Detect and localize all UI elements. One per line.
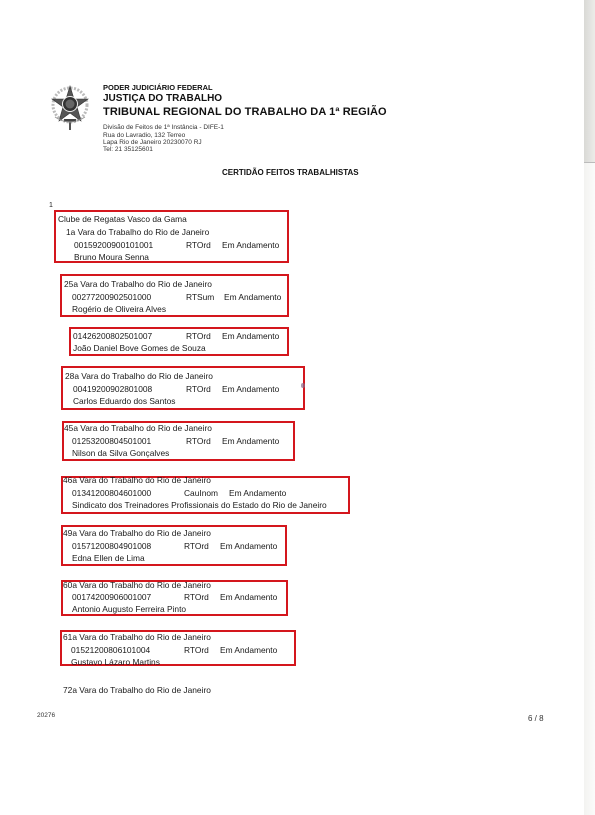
footer-code: 20276: [37, 712, 55, 719]
brazil-coat-of-arms-icon: [49, 83, 91, 135]
process-type: RTOrd: [186, 384, 211, 394]
process-status: Em Andamento: [222, 384, 279, 394]
process-status: Em Andamento: [222, 240, 279, 250]
claimant-name: Antonio Augusto Ferreira Pinto: [72, 604, 186, 614]
process-type: CauInom: [184, 488, 218, 498]
process-number: 00174200906001007: [72, 592, 151, 602]
process-type: RTSum: [186, 292, 214, 302]
court-name: 25a Vara do Trabalho do Rio de Janeiro: [64, 279, 212, 289]
process-number: 01571200804901008: [72, 541, 151, 551]
process-status: Em Andamento: [222, 331, 279, 341]
certificate-page: PODER JUDICIÁRIO FEDERAL JUSTIÇA DO TRAB…: [0, 0, 595, 815]
claimant-name: Sindicato dos Treinadores Profissionais …: [72, 500, 327, 510]
address-city: Lapa Rio de Janeiro 20230070 RJ: [103, 139, 202, 146]
claimant-name: Gustavo Lázaro Martins: [71, 657, 160, 667]
court-name: 60a Vara do Trabalho do Rio de Janeiro: [63, 580, 211, 590]
process-type: RTOrd: [184, 645, 209, 655]
process-number: 01341200804601000: [72, 488, 151, 498]
court-name: 1a Vara do Trabalho do Rio de Janeiro: [66, 227, 209, 237]
process-number: 01521200806101004: [71, 645, 150, 655]
address-phone: Tel: 21 35125601: [103, 146, 153, 153]
claimant-name: Carlos Eduardo dos Santos: [73, 396, 175, 406]
process-status: Em Andamento: [220, 541, 277, 551]
item-number: 1: [49, 202, 53, 209]
court-name: 45a Vara do Trabalho do Rio de Janeiro: [64, 423, 212, 433]
process-status: Em Andamento: [220, 645, 277, 655]
court-name: 46a Vara do Trabalho do Rio de Janeiro: [63, 475, 211, 485]
scan-edge-shadow: [584, 0, 595, 163]
process-type: RTOrd: [186, 436, 211, 446]
process-type: RTOrd: [184, 592, 209, 602]
claimant-name: Edna Ellen de Lima: [72, 553, 145, 563]
document-title: CERTIDÃO FEITOS TRABALHISTAS: [222, 168, 359, 177]
claimant-name: Bruno Moura Senna: [74, 252, 149, 262]
claimant-name: Nilson da Silva Gonçalves: [72, 448, 169, 458]
process-type: RTOrd: [184, 541, 209, 551]
claimant-name: Rogério de Oliveira Alves: [72, 304, 166, 314]
process-type: RTOrd: [186, 331, 211, 341]
header-judiciary: PODER JUDICIÁRIO FEDERAL: [103, 83, 213, 92]
process-number: 00159200900101001: [74, 240, 153, 250]
process-type: RTOrd: [186, 240, 211, 250]
scan-edge-line: [584, 162, 595, 163]
court-name: 28a Vara do Trabalho do Rio de Janeiro: [65, 371, 213, 381]
process-status: Em Andamento: [222, 436, 279, 446]
court-name: 61a Vara do Trabalho do Rio de Janeiro: [63, 632, 211, 642]
process-status: Em Andamento: [224, 292, 281, 302]
process-number: 00277200902501000: [72, 292, 151, 302]
page-number: 6 / 8: [528, 714, 544, 723]
court-name-trailing: 72a Vara do Trabalho do Rio de Janeiro: [63, 685, 211, 695]
process-number: 00419200902801008: [73, 384, 152, 394]
scan-mark: [301, 383, 305, 388]
claimant-name: João Daniel Bove Gomes de Souza: [73, 343, 206, 353]
process-status: Em Andamento: [220, 592, 277, 602]
address-division: Divisão de Feitos de 1ª Instância - DIFE…: [103, 124, 224, 131]
party-name: Clube de Regatas Vasco da Gama: [58, 214, 187, 224]
process-number: 01426200802501007: [73, 331, 152, 341]
process-status: Em Andamento: [229, 488, 286, 498]
header-labor-justice: JUSTIÇA DO TRABALHO: [103, 93, 222, 104]
address-street: Rua do Lavradio, 132 Terreo: [103, 132, 185, 139]
process-number: 01253200804501001: [72, 436, 151, 446]
court-name: 49a Vara do Trabalho do Rio de Janeiro: [63, 528, 211, 538]
header-tribunal: TRIBUNAL REGIONAL DO TRABALHO DA 1ª REGI…: [103, 106, 387, 118]
